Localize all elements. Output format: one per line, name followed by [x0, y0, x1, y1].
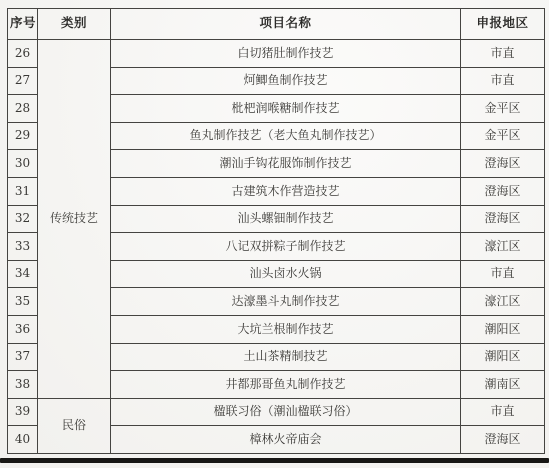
- region-cell: 澄海区: [461, 150, 545, 178]
- project-name-cell: 达濠墨斗丸制作技艺: [111, 288, 461, 316]
- serial-cell: 27: [8, 67, 38, 95]
- region-cell: 濠江区: [461, 233, 545, 261]
- category-cell-traditional-crafts: 传统技艺: [38, 40, 111, 399]
- table-row: 26 传统技艺 白切猪肚制作技艺 市直: [8, 40, 545, 68]
- header-col-category: 类别: [38, 9, 111, 40]
- scanned-page-background: 序号 类别 项目名称 申报地区 26 传统技艺 白切猪肚制作技艺 市直 27 炣…: [0, 0, 549, 468]
- serial-cell: 32: [8, 205, 38, 233]
- region-cell: 澄海区: [461, 205, 545, 233]
- region-cell: 市直: [461, 67, 545, 95]
- serial-cell: 30: [8, 150, 38, 178]
- region-cell: 澄海区: [461, 426, 545, 454]
- serial-cell: 34: [8, 260, 38, 288]
- project-name-cell: 汕头卤水火锅: [111, 260, 461, 288]
- serial-cell: 38: [8, 371, 38, 399]
- region-cell: 市直: [461, 260, 545, 288]
- serial-cell: 29: [8, 122, 38, 150]
- table-row: 39 民俗 楹联习俗（潮汕楹联习俗） 市直: [8, 398, 545, 426]
- region-cell: 金平区: [461, 122, 545, 150]
- region-cell: 潮阳区: [461, 315, 545, 343]
- project-name-cell: 枇杷润喉糖制作技艺: [111, 95, 461, 123]
- header-col-project-name: 项目名称: [111, 9, 461, 40]
- region-cell: 濠江区: [461, 288, 545, 316]
- scan-edge-bar: [0, 458, 549, 463]
- project-name-cell: 汕头螺钿制作技艺: [111, 205, 461, 233]
- project-name-cell: 潮汕手钩花服饰制作技艺: [111, 150, 461, 178]
- serial-cell: 35: [8, 288, 38, 316]
- header-col-number: 序号: [8, 9, 38, 40]
- project-name-cell: 古建筑木作营造技艺: [111, 177, 461, 205]
- serial-cell: 39: [8, 398, 38, 426]
- project-name-cell: 炣鲫鱼制作技艺: [111, 67, 461, 95]
- region-cell: 市直: [461, 40, 545, 68]
- header-col-region: 申报地区: [461, 9, 545, 40]
- header-row: 序号 类别 项目名称 申报地区: [8, 9, 545, 40]
- project-name-cell: 鱼丸制作技艺（老大鱼丸制作技艺）: [111, 122, 461, 150]
- region-cell: 潮阳区: [461, 343, 545, 371]
- region-cell: 金平区: [461, 95, 545, 123]
- serial-cell: 40: [8, 426, 38, 454]
- heritage-list-table: 序号 类别 项目名称 申报地区 26 传统技艺 白切猪肚制作技艺 市直 27 炣…: [7, 8, 545, 454]
- serial-cell: 33: [8, 233, 38, 261]
- project-name-cell: 樟林火帝庙会: [111, 426, 461, 454]
- project-name-cell: 大坑兰根制作技艺: [111, 315, 461, 343]
- category-cell-folk-custom: 民俗: [38, 398, 111, 453]
- project-name-cell: 八记双拼粽子制作技艺: [111, 233, 461, 261]
- serial-cell: 26: [8, 40, 38, 68]
- project-name-cell: 井都那哥鱼丸制作技艺: [111, 371, 461, 399]
- project-name-cell: 楹联习俗（潮汕楹联习俗）: [111, 398, 461, 426]
- region-cell: 市直: [461, 398, 545, 426]
- region-cell: 澄海区: [461, 177, 545, 205]
- serial-cell: 31: [8, 177, 38, 205]
- serial-cell: 37: [8, 343, 38, 371]
- serial-cell: 28: [8, 95, 38, 123]
- project-name-cell: 白切猪肚制作技艺: [111, 40, 461, 68]
- project-name-cell: 土山茶精制技艺: [111, 343, 461, 371]
- serial-cell: 36: [8, 315, 38, 343]
- region-cell: 潮南区: [461, 371, 545, 399]
